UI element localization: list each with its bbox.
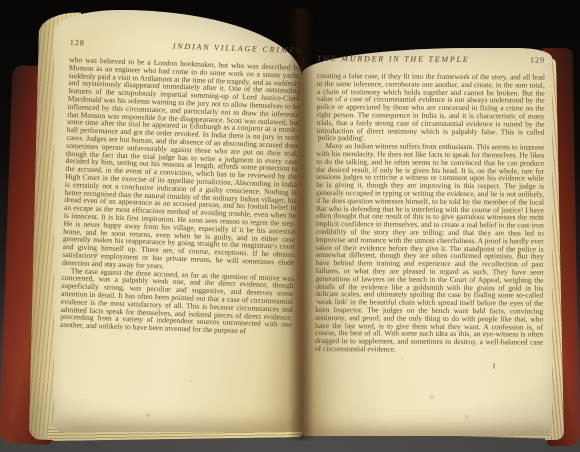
right-paragraph-continuation: creating a false case, if they fit into … [316, 72, 544, 144]
open-book-photo: 128 INDIAN VILLAGE CRIMES who was believ… [0, 0, 580, 452]
left-page-body: who was believed to be a London bookmake… [60, 56, 301, 337]
right-running-head: THE MURDER IN THE TEMPLE [317, 54, 470, 64]
right-page-header: THE MURDER IN THE TEMPLE 129 [317, 54, 545, 65]
right-paragraph-new: Many an Indian witness suffers from enth… [315, 142, 544, 354]
right-page-text: THE MURDER IN THE TEMPLE 129 creating a … [315, 54, 545, 370]
left-running-head: INDIAN VILLAGE CRIMES [173, 42, 302, 55]
left-paragraph-continuation: who was believed to be a London bookmake… [62, 56, 301, 274]
right-page-number: 129 [530, 55, 545, 64]
left-page-header: 128 INDIAN VILLAGE CRIMES [70, 38, 302, 55]
left-paragraph-new: The case against the three accused, so f… [60, 266, 294, 336]
left-page-number: 128 [70, 38, 85, 48]
left-page-text: 128 INDIAN VILLAGE CRIMES who was believ… [60, 38, 302, 337]
signature-mark: I [493, 361, 543, 370]
right-page-body: creating a false case, if they fit into … [315, 72, 545, 354]
left-page: 128 INDIAN VILLAGE CRIMES who was believ… [54, 10, 302, 432]
right-page: THE MURDER IN THE TEMPLE 129 creating a … [302, 48, 552, 436]
gutter-stain [297, 70, 303, 420]
